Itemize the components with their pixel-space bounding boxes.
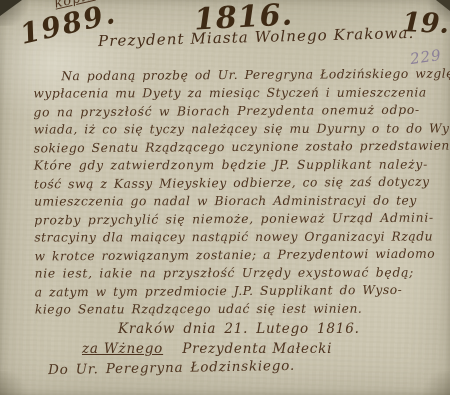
body-line: a zatym w tym przedmiocie J.P. Supplikan…	[35, 281, 447, 302]
signature-name: Prezydenta Małecki	[182, 341, 332, 357]
signature-prefix: za Wżnego	[82, 341, 163, 357]
paper-corner-shadow-bottom-right	[420, 371, 450, 395]
body-line: Na podaną prozbę od Ur. Peregryna Łodziń…	[33, 65, 445, 86]
signature-line: za Wżnego Prezydenta Małecki	[82, 341, 332, 357]
body-line: umieszczenia go nadal w Biorach Administ…	[34, 191, 446, 210]
body-line: prozby przychylić się niemoże, ponieważ …	[34, 209, 446, 230]
body-line: stracyiny dla maiącey nastąpić nowey Org…	[34, 227, 446, 246]
manuscript-page: kopia 1989. 1816. 19. 229 Prezydent Mias…	[0, 0, 450, 395]
body-line: w krotce rozwiązanym zostanie; a Prezyde…	[34, 245, 446, 266]
body-line: kiego Senatu Rządzącego udać się iest wi…	[35, 299, 447, 318]
document-heading: Prezydent Miasta Wolnego Krakowa.	[98, 24, 415, 50]
letter-body: Na podaną prozbę od Ur. Peregryna Łodziń…	[33, 65, 447, 320]
body-line: go na przyszłość w Biorach Prezydenta on…	[33, 101, 445, 122]
body-line: wiada, iż co się tyczy należącey się mu …	[34, 119, 446, 138]
body-line: Które gdy zatwierdzonym będzie JP. Suppl…	[34, 155, 446, 174]
paper-corner-shadow-bottom-left	[0, 371, 30, 395]
body-line: nie iest, iakie na przyszłość Urzędy exy…	[35, 263, 447, 282]
body-line: tość swą z Kassy Mieyskiey odbierze, co …	[34, 173, 446, 194]
body-line: sokiego Senatu Rządzącego uczynione zost…	[34, 137, 446, 158]
addressee-line: Do Ur. Peregryna Łodzinskiego.	[48, 358, 295, 378]
dateline: Kraków dnia 21. Lutego 1816.	[118, 321, 360, 337]
body-line: wypłacenia mu Dyety za miesiąc Styczeń i…	[33, 83, 445, 102]
